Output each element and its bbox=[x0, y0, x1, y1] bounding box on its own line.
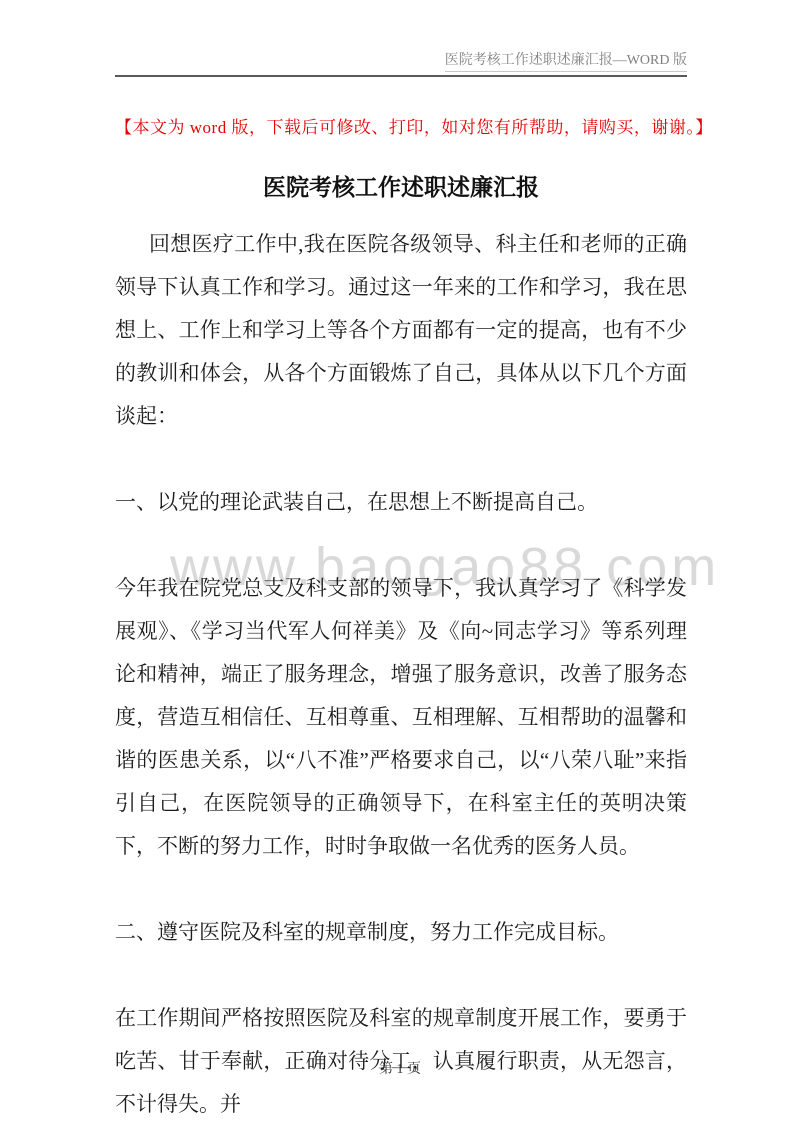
section-heading-1: 一、以党的理论武装自己，在思想上不断提高自己。 bbox=[115, 481, 687, 524]
document-content: 医院考核工作述职述廉汇报—WORD 版 【本文为 word 版，下载后可修改、打… bbox=[115, 0, 687, 1126]
page-number: 第 1 页 bbox=[379, 1062, 421, 1077]
page-header: 医院考核工作述职述廉汇报—WORD 版 bbox=[115, 0, 687, 77]
document-title: 医院考核工作述职述廉汇报 bbox=[115, 173, 687, 203]
paragraph-section-1: 今年我在院党总支及科支部的领导下，我认真学习了《科学发展观》、《学习当代军人何祥… bbox=[115, 567, 687, 868]
paragraph-intro: 回想医疗工作中,我在医院各级领导、科主任和老师的正确领导下认真工作和学习。通过这… bbox=[115, 223, 687, 438]
purchase-notice: 【本文为 word 版，下载后可修改、打印，如对您有所帮助，请购买，谢谢。】 bbox=[115, 117, 687, 139]
section-heading-2: 二、遵守医院及科室的规章制度，努力工作完成目标。 bbox=[115, 911, 687, 954]
page-footer: 第 1 页 bbox=[0, 1058, 800, 1078]
document-page: www.baogao88.com 医院考核工作述职述廉汇报—WORD 版 【本文… bbox=[0, 0, 800, 1132]
header-title-text: 医院考核工作述职述廉汇报—WORD 版 bbox=[445, 53, 687, 72]
